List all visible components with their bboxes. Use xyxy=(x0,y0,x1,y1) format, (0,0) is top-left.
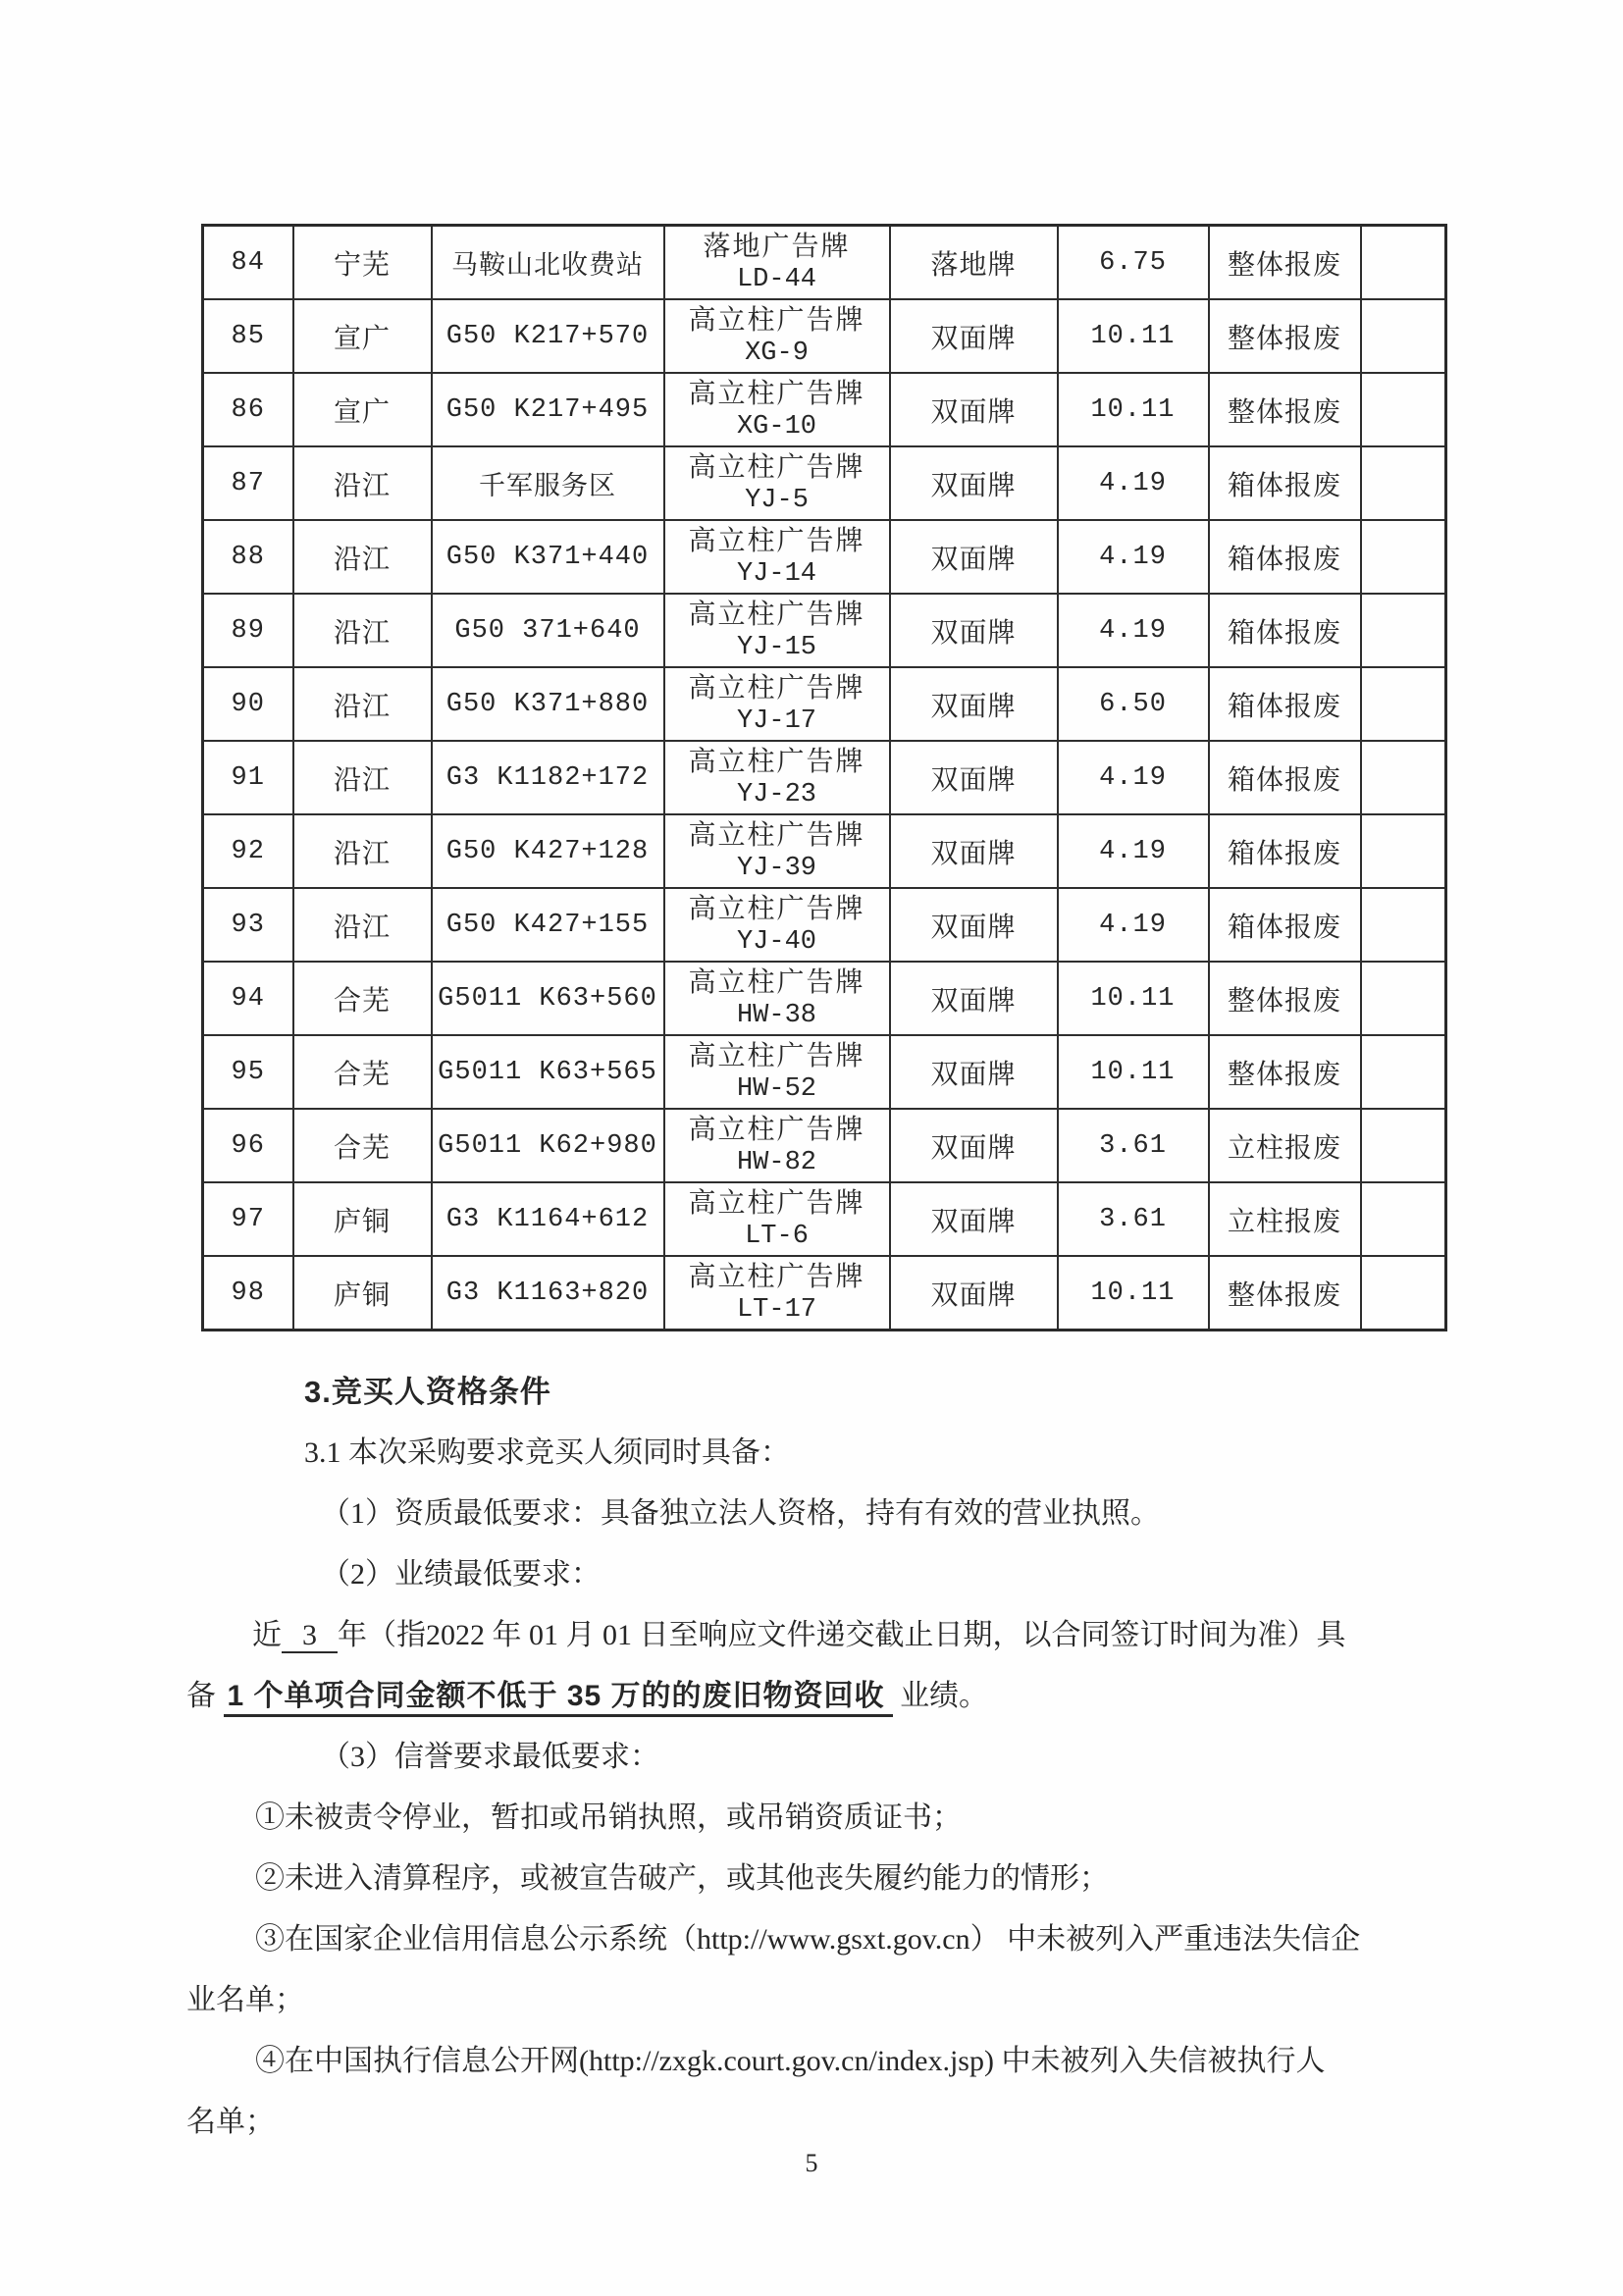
table-row: 86 宣广 G50 K217+495 高立柱广告牌 XG-10 双面牌 10.1… xyxy=(203,373,1446,446)
cell-board: 高立柱广告牌 HW-82 xyxy=(664,1109,890,1182)
cell-board: 高立柱广告牌 XG-9 xyxy=(664,299,890,373)
cell-board-type: 双面牌 xyxy=(890,594,1058,667)
cell-location: G50 K371+440 xyxy=(432,520,664,594)
cell-seq: 85 xyxy=(203,299,293,373)
clause-3-1: 3.1 本次采购要求竞买人须同时具备： xyxy=(186,1423,1452,1484)
cell-board-type: 双面牌 xyxy=(890,888,1058,962)
cell-note xyxy=(1361,446,1446,520)
perf2-suffix: 业绩。 xyxy=(893,1680,989,1712)
cell-note xyxy=(1361,741,1446,814)
cell-board: 高立柱广告牌 YJ-14 xyxy=(664,520,890,594)
cell-disposal: 整体报废 xyxy=(1209,226,1361,300)
cell-note xyxy=(1361,594,1446,667)
cell-location: 马鞍山北收费站 xyxy=(432,226,664,300)
table-row: 90 沿江 G50 K371+880 高立柱广告牌 YJ-17 双面牌 6.50… xyxy=(203,667,1446,741)
cell-location: G50 K427+128 xyxy=(432,814,664,888)
cell-location: G50 K217+495 xyxy=(432,373,664,446)
cell-disposal: 整体报废 xyxy=(1209,1256,1361,1331)
cell-location: G50 371+640 xyxy=(432,594,664,667)
table-row: 96 合芜 G5011 K62+980 高立柱广告牌 HW-82 双面牌 3.6… xyxy=(203,1109,1446,1182)
cell-board-type: 双面牌 xyxy=(890,520,1058,594)
cell-location: G50 K371+880 xyxy=(432,667,664,741)
cell-board: 高立柱广告牌 YJ-39 xyxy=(664,814,890,888)
cell-seq: 88 xyxy=(203,520,293,594)
board-name: 高立柱广告牌 xyxy=(665,1186,889,1221)
board-id: XG-10 xyxy=(665,411,889,444)
perf2-prefix: 备 xyxy=(186,1680,224,1712)
cell-quantity: 6.50 xyxy=(1058,667,1209,741)
cell-quantity: 3.61 xyxy=(1058,1182,1209,1256)
years-blank-underline: 3 xyxy=(282,1619,338,1653)
cell-disposal: 整体报废 xyxy=(1209,299,1361,373)
cell-note xyxy=(1361,373,1446,446)
document-page: 84 宁芜 马鞍山北收费站 落地广告牌 LD-44 落地牌 6.75 整体报废 … xyxy=(0,0,1623,2296)
cell-location: G5011 K63+565 xyxy=(432,1035,664,1109)
cell-quantity: 4.19 xyxy=(1058,741,1209,814)
board-name: 高立柱广告牌 xyxy=(665,598,889,632)
cell-note xyxy=(1361,1035,1446,1109)
contract-amount-bold: 1 个单项合同金额不低于 35 万的的废旧物资回收 xyxy=(228,1680,885,1712)
cell-seq: 93 xyxy=(203,888,293,962)
cell-quantity: 10.11 xyxy=(1058,373,1209,446)
cell-board: 落地广告牌 LD-44 xyxy=(664,226,890,300)
cell-route: 合芜 xyxy=(293,962,432,1035)
cell-board: 高立柱广告牌 HW-38 xyxy=(664,962,890,1035)
board-id: YJ-15 xyxy=(665,632,889,664)
cell-location: G3 K1163+820 xyxy=(432,1256,664,1331)
table-row: 87 沿江 千军服务区 高立柱广告牌 YJ-5 双面牌 4.19 箱体报废 xyxy=(203,446,1446,520)
table-row: 88 沿江 G50 K371+440 高立柱广告牌 YJ-14 双面牌 4.19… xyxy=(203,520,1446,594)
cell-quantity: 3.61 xyxy=(1058,1109,1209,1182)
board-id: YJ-5 xyxy=(665,485,889,517)
board-id: HW-52 xyxy=(665,1073,889,1106)
cell-seq: 96 xyxy=(203,1109,293,1182)
board-name: 落地广告牌 xyxy=(665,230,889,264)
board-id: YJ-14 xyxy=(665,558,889,591)
cell-disposal: 箱体报废 xyxy=(1209,520,1361,594)
billboard-table: 84 宁芜 马鞍山北收费站 落地广告牌 LD-44 落地牌 6.75 整体报废 … xyxy=(201,224,1447,1331)
cell-route: 庐铜 xyxy=(293,1182,432,1256)
cell-quantity: 4.19 xyxy=(1058,814,1209,888)
board-name: 高立柱广告牌 xyxy=(665,745,889,779)
cell-disposal: 整体报废 xyxy=(1209,373,1361,446)
cell-route: 沿江 xyxy=(293,814,432,888)
cell-route: 宣广 xyxy=(293,299,432,373)
cell-board-type: 双面牌 xyxy=(890,1035,1058,1109)
cell-seq: 91 xyxy=(203,741,293,814)
cell-board-type: 落地牌 xyxy=(890,226,1058,300)
cell-note xyxy=(1361,962,1446,1035)
credit-item-1: ①未被责令停业，暂扣或吊销执照，或吊销资质证书； xyxy=(186,1788,1452,1849)
cell-disposal: 立柱报废 xyxy=(1209,1182,1361,1256)
board-id: LT-6 xyxy=(665,1221,889,1253)
board-name: 高立柱广告牌 xyxy=(665,1260,889,1294)
cell-board: 高立柱广告牌 XG-10 xyxy=(664,373,890,446)
cell-route: 沿江 xyxy=(293,446,432,520)
perf-body: 年（指2022 年 01 月 01 日至响应文件递交截止日期，以合同签订时间为准… xyxy=(338,1619,1346,1651)
cell-route: 沿江 xyxy=(293,520,432,594)
cell-board-type: 双面牌 xyxy=(890,741,1058,814)
credit-item-4-line-1: ④在中国执行信息公开网(http://zxgk.court.gov.cn/ind… xyxy=(186,2031,1452,2092)
cell-note xyxy=(1361,1182,1446,1256)
cell-board-type: 双面牌 xyxy=(890,446,1058,520)
table-row: 98 庐铜 G3 K1163+820 高立柱广告牌 LT-17 双面牌 10.1… xyxy=(203,1256,1446,1331)
performance-line-2: 备 1 个单项合同金额不低于 35 万的的废旧物资回收 业绩。 xyxy=(186,1666,1452,1727)
board-id: LD-44 xyxy=(665,264,889,296)
qualification-section: 3.竞买人资格条件 3.1 本次采购要求竞买人须同时具备： （1）资质最低要求：… xyxy=(186,1362,1452,2153)
cell-route: 沿江 xyxy=(293,741,432,814)
section-heading: 3.竞买人资格条件 xyxy=(186,1362,1452,1423)
cell-seq: 98 xyxy=(203,1256,293,1331)
cell-route: 沿江 xyxy=(293,667,432,741)
credit-item-2: ②未进入清算程序，或被宣告破产，或其他丧失履约能力的情形； xyxy=(186,1849,1452,1909)
cell-quantity: 10.11 xyxy=(1058,962,1209,1035)
cell-note xyxy=(1361,1109,1446,1182)
cell-location: 千军服务区 xyxy=(432,446,664,520)
cell-disposal: 箱体报废 xyxy=(1209,446,1361,520)
cell-board-type: 双面牌 xyxy=(890,1256,1058,1331)
board-id: YJ-17 xyxy=(665,705,889,738)
board-name: 高立柱广告牌 xyxy=(665,303,889,338)
cell-location: G3 K1164+612 xyxy=(432,1182,664,1256)
cell-board: 高立柱广告牌 YJ-15 xyxy=(664,594,890,667)
table-row: 84 宁芜 马鞍山北收费站 落地广告牌 LD-44 落地牌 6.75 整体报废 xyxy=(203,226,1446,300)
board-id: XG-9 xyxy=(665,338,889,370)
board-name: 高立柱广告牌 xyxy=(665,524,889,558)
cell-quantity: 4.19 xyxy=(1058,446,1209,520)
cell-note xyxy=(1361,667,1446,741)
cell-board-type: 双面牌 xyxy=(890,814,1058,888)
cell-disposal: 箱体报废 xyxy=(1209,594,1361,667)
cell-location: G5011 K63+560 xyxy=(432,962,664,1035)
cell-note xyxy=(1361,299,1446,373)
contract-amount-underline: 1 个单项合同金额不低于 35 万的的废旧物资回收 xyxy=(224,1680,893,1717)
cell-quantity: 10.11 xyxy=(1058,1035,1209,1109)
cell-note xyxy=(1361,814,1446,888)
board-id: YJ-40 xyxy=(665,926,889,959)
cell-note xyxy=(1361,888,1446,962)
credit-item-3-line-2: 业名单； xyxy=(186,1970,1452,2031)
board-name: 高立柱广告牌 xyxy=(665,965,889,1000)
cell-disposal: 整体报废 xyxy=(1209,962,1361,1035)
cell-quantity: 6.75 xyxy=(1058,226,1209,300)
board-name: 高立柱广告牌 xyxy=(665,450,889,485)
board-name: 高立柱广告牌 xyxy=(665,892,889,926)
cell-route: 合芜 xyxy=(293,1109,432,1182)
cell-seq: 84 xyxy=(203,226,293,300)
cell-board: 高立柱广告牌 YJ-40 xyxy=(664,888,890,962)
cell-route: 沿江 xyxy=(293,594,432,667)
board-name: 高立柱广告牌 xyxy=(665,818,889,853)
cell-seq: 90 xyxy=(203,667,293,741)
cell-seq: 97 xyxy=(203,1182,293,1256)
cell-board: 高立柱广告牌 YJ-17 xyxy=(664,667,890,741)
cell-board-type: 双面牌 xyxy=(890,299,1058,373)
cell-board-type: 双面牌 xyxy=(890,1109,1058,1182)
cell-quantity: 4.19 xyxy=(1058,888,1209,962)
cell-board: 高立柱广告牌 HW-52 xyxy=(664,1035,890,1109)
credit-item-3-line-1: ③在国家企业信用信息公示系统（http://www.gsxt.gov.cn） 中… xyxy=(186,1909,1452,1970)
cell-seq: 95 xyxy=(203,1035,293,1109)
board-name: 高立柱广告牌 xyxy=(665,377,889,411)
board-name: 高立柱广告牌 xyxy=(665,1039,889,1073)
cell-seq: 92 xyxy=(203,814,293,888)
board-id: HW-38 xyxy=(665,1000,889,1032)
cell-location: G50 K427+155 xyxy=(432,888,664,962)
cell-seq: 94 xyxy=(203,962,293,1035)
cell-board-type: 双面牌 xyxy=(890,667,1058,741)
cell-quantity: 4.19 xyxy=(1058,594,1209,667)
cell-disposal: 整体报废 xyxy=(1209,1035,1361,1109)
cell-route: 宣广 xyxy=(293,373,432,446)
table-row: 85 宣广 G50 K217+570 高立柱广告牌 XG-9 双面牌 10.11… xyxy=(203,299,1446,373)
cell-quantity: 10.11 xyxy=(1058,1256,1209,1331)
cell-board: 高立柱广告牌 YJ-5 xyxy=(664,446,890,520)
performance-line-1: 近 3 年（指2022 年 01 月 01 日至响应文件递交截止日期，以合同签订… xyxy=(186,1605,1452,1666)
cell-disposal: 箱体报废 xyxy=(1209,814,1361,888)
clause-performance-req: （2）业绩最低要求： xyxy=(186,1544,1452,1605)
table-row: 94 合芜 G5011 K63+560 高立柱广告牌 HW-38 双面牌 10.… xyxy=(203,962,1446,1035)
table-row: 95 合芜 G5011 K63+565 高立柱广告牌 HW-52 双面牌 10.… xyxy=(203,1035,1446,1109)
cell-note xyxy=(1361,520,1446,594)
cell-quantity: 4.19 xyxy=(1058,520,1209,594)
table-row: 93 沿江 G50 K427+155 高立柱广告牌 YJ-40 双面牌 4.19… xyxy=(203,888,1446,962)
cell-disposal: 箱体报废 xyxy=(1209,667,1361,741)
board-id: YJ-23 xyxy=(665,779,889,811)
cell-route: 宁芜 xyxy=(293,226,432,300)
board-id: LT-17 xyxy=(665,1294,889,1327)
table-row: 91 沿江 G3 K1182+172 高立柱广告牌 YJ-23 双面牌 4.19… xyxy=(203,741,1446,814)
cell-board: 高立柱广告牌 LT-6 xyxy=(664,1182,890,1256)
cell-route: 合芜 xyxy=(293,1035,432,1109)
cell-board: 高立柱广告牌 LT-17 xyxy=(664,1256,890,1331)
cell-note xyxy=(1361,226,1446,300)
cell-location: G3 K1182+172 xyxy=(432,741,664,814)
cell-location: G50 K217+570 xyxy=(432,299,664,373)
board-name: 高立柱广告牌 xyxy=(665,1113,889,1147)
cell-disposal: 立柱报废 xyxy=(1209,1109,1361,1182)
cell-seq: 87 xyxy=(203,446,293,520)
clause-qualification-req: （1）资质最低要求：具备独立法人资格，持有有效的营业执照。 xyxy=(186,1484,1452,1544)
board-name: 高立柱广告牌 xyxy=(665,671,889,705)
cell-seq: 86 xyxy=(203,373,293,446)
table-row: 97 庐铜 G3 K1164+612 高立柱广告牌 LT-6 双面牌 3.61 … xyxy=(203,1182,1446,1256)
cell-route: 庐铜 xyxy=(293,1256,432,1331)
cell-board-type: 双面牌 xyxy=(890,962,1058,1035)
perf-prefix: 近 xyxy=(252,1619,282,1651)
cell-location: G5011 K62+980 xyxy=(432,1109,664,1182)
cell-board: 高立柱广告牌 YJ-23 xyxy=(664,741,890,814)
clause-credit-req: （3）信誉要求最低要求： xyxy=(186,1727,1452,1788)
table-row: 89 沿江 G50 371+640 高立柱广告牌 YJ-15 双面牌 4.19 … xyxy=(203,594,1446,667)
board-id: HW-82 xyxy=(665,1147,889,1179)
cell-route: 沿江 xyxy=(293,888,432,962)
cell-quantity: 10.11 xyxy=(1058,299,1209,373)
cell-disposal: 箱体报废 xyxy=(1209,888,1361,962)
page-number: 5 xyxy=(0,2149,1623,2178)
table-row: 92 沿江 G50 K427+128 高立柱广告牌 YJ-39 双面牌 4.19… xyxy=(203,814,1446,888)
cell-board-type: 双面牌 xyxy=(890,373,1058,446)
cell-seq: 89 xyxy=(203,594,293,667)
credit-item-4-line-2: 名单； xyxy=(186,2092,1452,2153)
billboard-table-body: 84 宁芜 马鞍山北收费站 落地广告牌 LD-44 落地牌 6.75 整体报废 … xyxy=(203,226,1446,1331)
cell-note xyxy=(1361,1256,1446,1331)
cell-disposal: 箱体报废 xyxy=(1209,741,1361,814)
board-id: YJ-39 xyxy=(665,853,889,885)
cell-board-type: 双面牌 xyxy=(890,1182,1058,1256)
